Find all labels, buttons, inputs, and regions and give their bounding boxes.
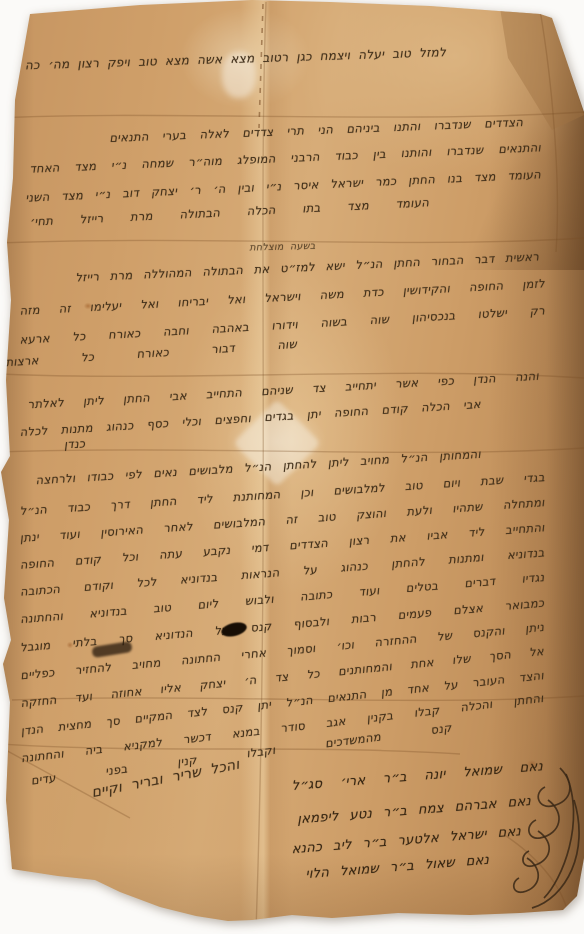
- handwritten-line: העומד מצד בנו החתן כמר ישראל איסר נ״י וב…: [25, 168, 542, 204]
- paper-sheet: למזל טוב יעלה ויצמח כגן רטוב מצא אשה מצא…: [0, 0, 584, 934]
- handwritten-line: הצדדים שנדברו והתנו ביניהם הני תרי צדדים…: [109, 116, 524, 144]
- signature-line: נאם אברהם צמח ב״ר נטע ליפמאן: [299, 795, 533, 827]
- handwritten-line: כנדן: [21, 437, 86, 453]
- handwritten-line: ראשית דבר הבחור החתן הנ״ל ישא למז״ט את ה…: [75, 250, 540, 283]
- divider-note: בשעה מוצלחת: [219, 242, 316, 255]
- header-line: למזל טוב יעלה ויצמח כגן רטוב מצא אשה מצא…: [74, 46, 448, 70]
- paper-shadow: למזל טוב יעלה ויצמח כגן רטוב מצא אשה מצא…: [0, 0, 584, 934]
- handwriting-layer: למזל טוב יעלה ויצמח כגן רטוב מצא אשה מצא…: [0, 0, 584, 934]
- signature-line: נאם שמואל יונה ב״ר ארי׳ סג״ל: [291, 760, 545, 794]
- signature-line: נאם שאול ב״ר שמואל הלוי: [327, 854, 491, 881]
- scanned-letter: למזל טוב יעלה ויצמח כגן רטוב מצא אשה מצא…: [0, 0, 584, 934]
